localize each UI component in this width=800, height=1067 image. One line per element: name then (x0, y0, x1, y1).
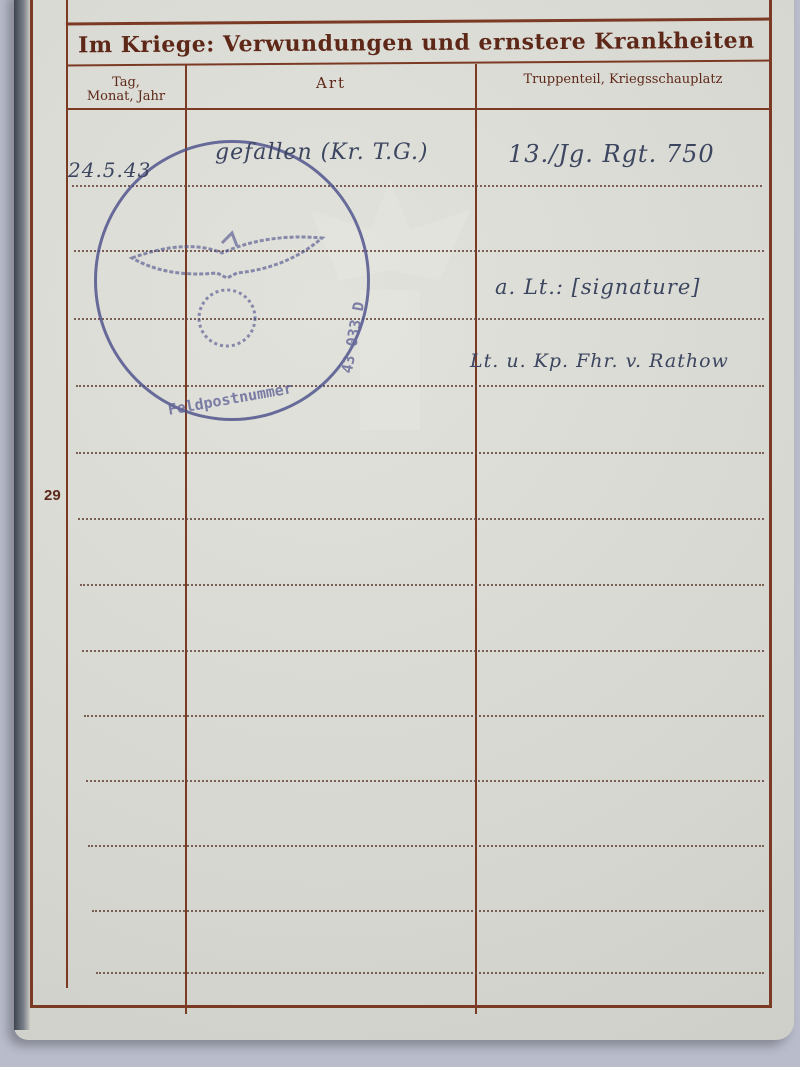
row-line (84, 715, 764, 717)
section-title: Im Kriege: Verwundungen und ernstere Kra… (66, 18, 770, 67)
column-header-date: Tag, Monat, Jahr (66, 64, 186, 110)
row-line (96, 972, 764, 974)
signature-line-1: a. Lt.: [signature] (495, 275, 700, 299)
column-header-unit: Truppenteil, Kriegsschauplatz (476, 64, 770, 110)
row-line (92, 910, 764, 912)
row-line (78, 518, 764, 520)
column-header-art: Art (186, 64, 476, 110)
row-line (82, 650, 764, 652)
row-line (76, 452, 764, 454)
page-number: 29 (44, 487, 61, 504)
stamp-bottom-text: Feldpostnummer (166, 379, 294, 419)
row-line (88, 845, 764, 847)
row-line (86, 780, 764, 782)
signature-line-2: Lt. u. Kp. Fhr. v. Rathow (470, 350, 729, 372)
entry-date: 24.5.43 (68, 158, 151, 182)
eagle-emblem-icon (127, 218, 327, 358)
booklet-spine (14, 0, 30, 1030)
entry-unit: 13./Jg. Rgt. 750 (508, 140, 715, 168)
official-stamp: 43 033 D Feldpostnummer (94, 140, 370, 421)
date-header-line2: Monat, Jahr (66, 90, 186, 104)
date-header-line1: Tag, (66, 76, 186, 90)
row-line (80, 584, 764, 586)
column-divider-2 (475, 64, 477, 1014)
entry-art: gefallen (Kr. T.G.) (215, 140, 429, 165)
